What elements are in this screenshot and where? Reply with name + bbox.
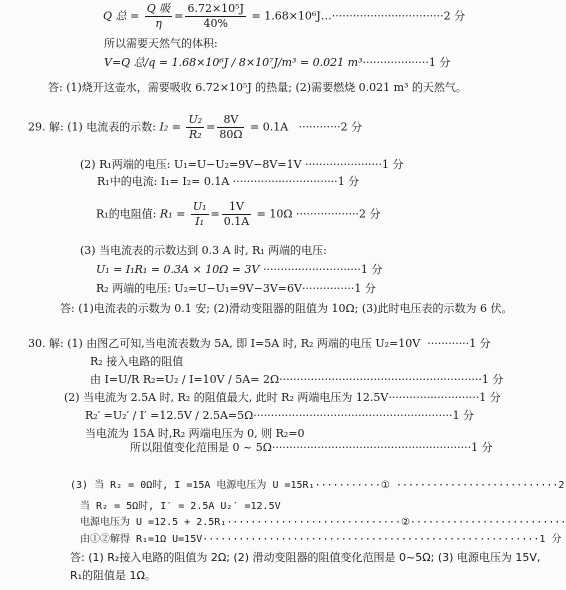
score: 2 分: [341, 121, 363, 134]
leader-dots: ···························: [396, 480, 559, 491]
score: 1 分: [361, 263, 383, 276]
score: 1 分: [338, 175, 360, 188]
score: 1 分: [382, 158, 404, 171]
equation-marker-1: ①: [381, 480, 390, 491]
leader-dots: ···················: [362, 56, 428, 69]
q30-part1-line2: R₂ 接入电路的阻值: [90, 355, 183, 369]
fraction: 1V 0.1A: [222, 200, 251, 229]
fraction: 8V 80Ω: [217, 113, 244, 142]
leader-dots: ···········: [315, 480, 381, 491]
q29-part1: 29. 解: (1) 电流表的示数: I₂ = U₂ R₂ = 8V 80Ω =…: [28, 113, 362, 142]
leader-dots: ············: [427, 337, 469, 350]
q30-part2-line3: 当电流为 15A 时,R₂ 两端电压为 0, 则 R₂=0: [85, 427, 305, 441]
q28-volume-intro: 所以需要天然气的体积:: [104, 37, 218, 51]
leader-dots: ···············: [302, 282, 354, 295]
q30-part1-line1: 30. 解: (1) 由图乙可知,当电流表数为 5A, 即 I=5A 时, R₂…: [28, 337, 491, 351]
score: 1 分: [471, 441, 493, 454]
leader-dots: ······················: [305, 158, 382, 171]
q30-part1-line3: 由 I=U/R R₂=U₂ / I=10V / 5A= 2Ω··········…: [90, 373, 503, 387]
leader-dots: ········································…: [253, 409, 452, 422]
leader-dots: ··························: [410, 517, 566, 528]
q29-part2-current: R₁中的电流: I₁= I₂= 0.1A ···················…: [97, 175, 359, 189]
q30-part2-line4: 所以阻值变化范围是 0 ~ 5Ω························…: [130, 441, 493, 455]
q30-part2-line2: R₂′ =U₂′ / I′ =12.5V / 2.5A=5Ω··········…: [85, 409, 474, 423]
score: 2 分: [359, 208, 381, 221]
q30-part3-line1: (3) 当 R₂ = 0Ω时, I =15A 电源电压为 U =15R₁····…: [70, 479, 566, 493]
leader-dots: ········································…: [279, 373, 482, 386]
q30-answer-line2: R₁的阻值是 1Ω。: [70, 569, 156, 583]
score: 1 分: [479, 391, 501, 404]
leader-dots: ········································…: [202, 534, 539, 545]
q29-label: 29. 解: (1) 电流表的示数:: [28, 121, 156, 134]
score: 2 分: [444, 10, 466, 23]
score: 1 分: [469, 337, 491, 350]
q30-part3-line3: 电源电压为 U =12.5 + 2.5R₁···················…: [80, 516, 566, 530]
q29-part3-u1: U₁ = I₁R₁ = 0.3A × 10Ω = 3V ············…: [96, 263, 382, 277]
q28-heat-total-equation: Q 总 = Q 吸 η = 6.72×10⁵J 40% = 1.68×10⁶J……: [103, 2, 465, 31]
leader-dots: ································: [332, 10, 444, 23]
q29-part2-voltage: (2) R₁两端的电压: U₁=U−U₂=9V−8V=1V ··········…: [80, 158, 403, 172]
q28-lhs: Q 总 =: [103, 10, 139, 23]
score: 2 分: [558, 480, 566, 491]
score: 1 分: [453, 409, 475, 422]
q29-part3-u2: R₂ 两端的电压: U₂=U−U₁=9V−3V=6V··············…: [96, 282, 376, 296]
fraction: U₁ I₁: [191, 200, 209, 229]
fraction: 6.72×10⁵J 40%: [185, 2, 246, 31]
fraction: U₂ R₂: [186, 113, 204, 142]
q29-part3-intro: (3) 当电流表的示数达到 0.3 A 时, R₁ 两端的电压:: [80, 244, 327, 258]
q30-answer-line1: 答: (1) R₂接入电路的阻值为 2Ω; (2) 滑动变阻器的阻值变化范围是 …: [70, 551, 540, 565]
score: 1 分: [429, 56, 451, 69]
score: 1 分: [482, 373, 504, 386]
equation-marker-2: ②: [401, 517, 410, 528]
leader-dots: ······························: [233, 175, 338, 188]
leader-dots: ····························: [263, 263, 361, 276]
q29-answer: 答: (1)电流表的示数为 0.1 安; (2)滑动变阻器的阻值为 10Ω; (…: [60, 302, 512, 316]
leader-dots: ··················: [296, 208, 359, 221]
leader-dots: ·····························: [226, 517, 401, 528]
q30-part2-line1: (2) 当电流为 2.5A 时, R₂ 的阻值最大, 此时 R₂ 两端电压为 1…: [64, 391, 501, 405]
fraction: Q 吸 η: [145, 2, 173, 31]
leader-dots: ··························: [388, 391, 479, 404]
q28-answer: 答: (1)烧开这壶水，需要吸收 6.72×10⁵J 的热量; (2)需要燃烧 …: [48, 81, 467, 95]
q28-result: = 1.68×10⁶J…: [252, 10, 332, 23]
q30-part3-line2: 当 R₂ = 5Ω时, I′ = 2.5A U₂′ =12.5V: [80, 500, 281, 514]
q29-part2-resistance: R₁的电阻值: R₁ = U₁ I₁ = 1V 0.1A = 10Ω ·····…: [96, 200, 380, 229]
leader-dots: ········································…: [272, 441, 471, 454]
leader-dots: ············: [299, 121, 341, 134]
q30-part3-line4: 由①②解得 R₁=1Ω U=15V·······················…: [80, 533, 561, 547]
score: 1 分: [539, 534, 561, 545]
q28-volume-equation: V=Q 总/q = 1.68×10⁶J / 8×10⁷J/m³ = 0.021 …: [104, 56, 450, 70]
score: 1 分: [354, 282, 376, 295]
